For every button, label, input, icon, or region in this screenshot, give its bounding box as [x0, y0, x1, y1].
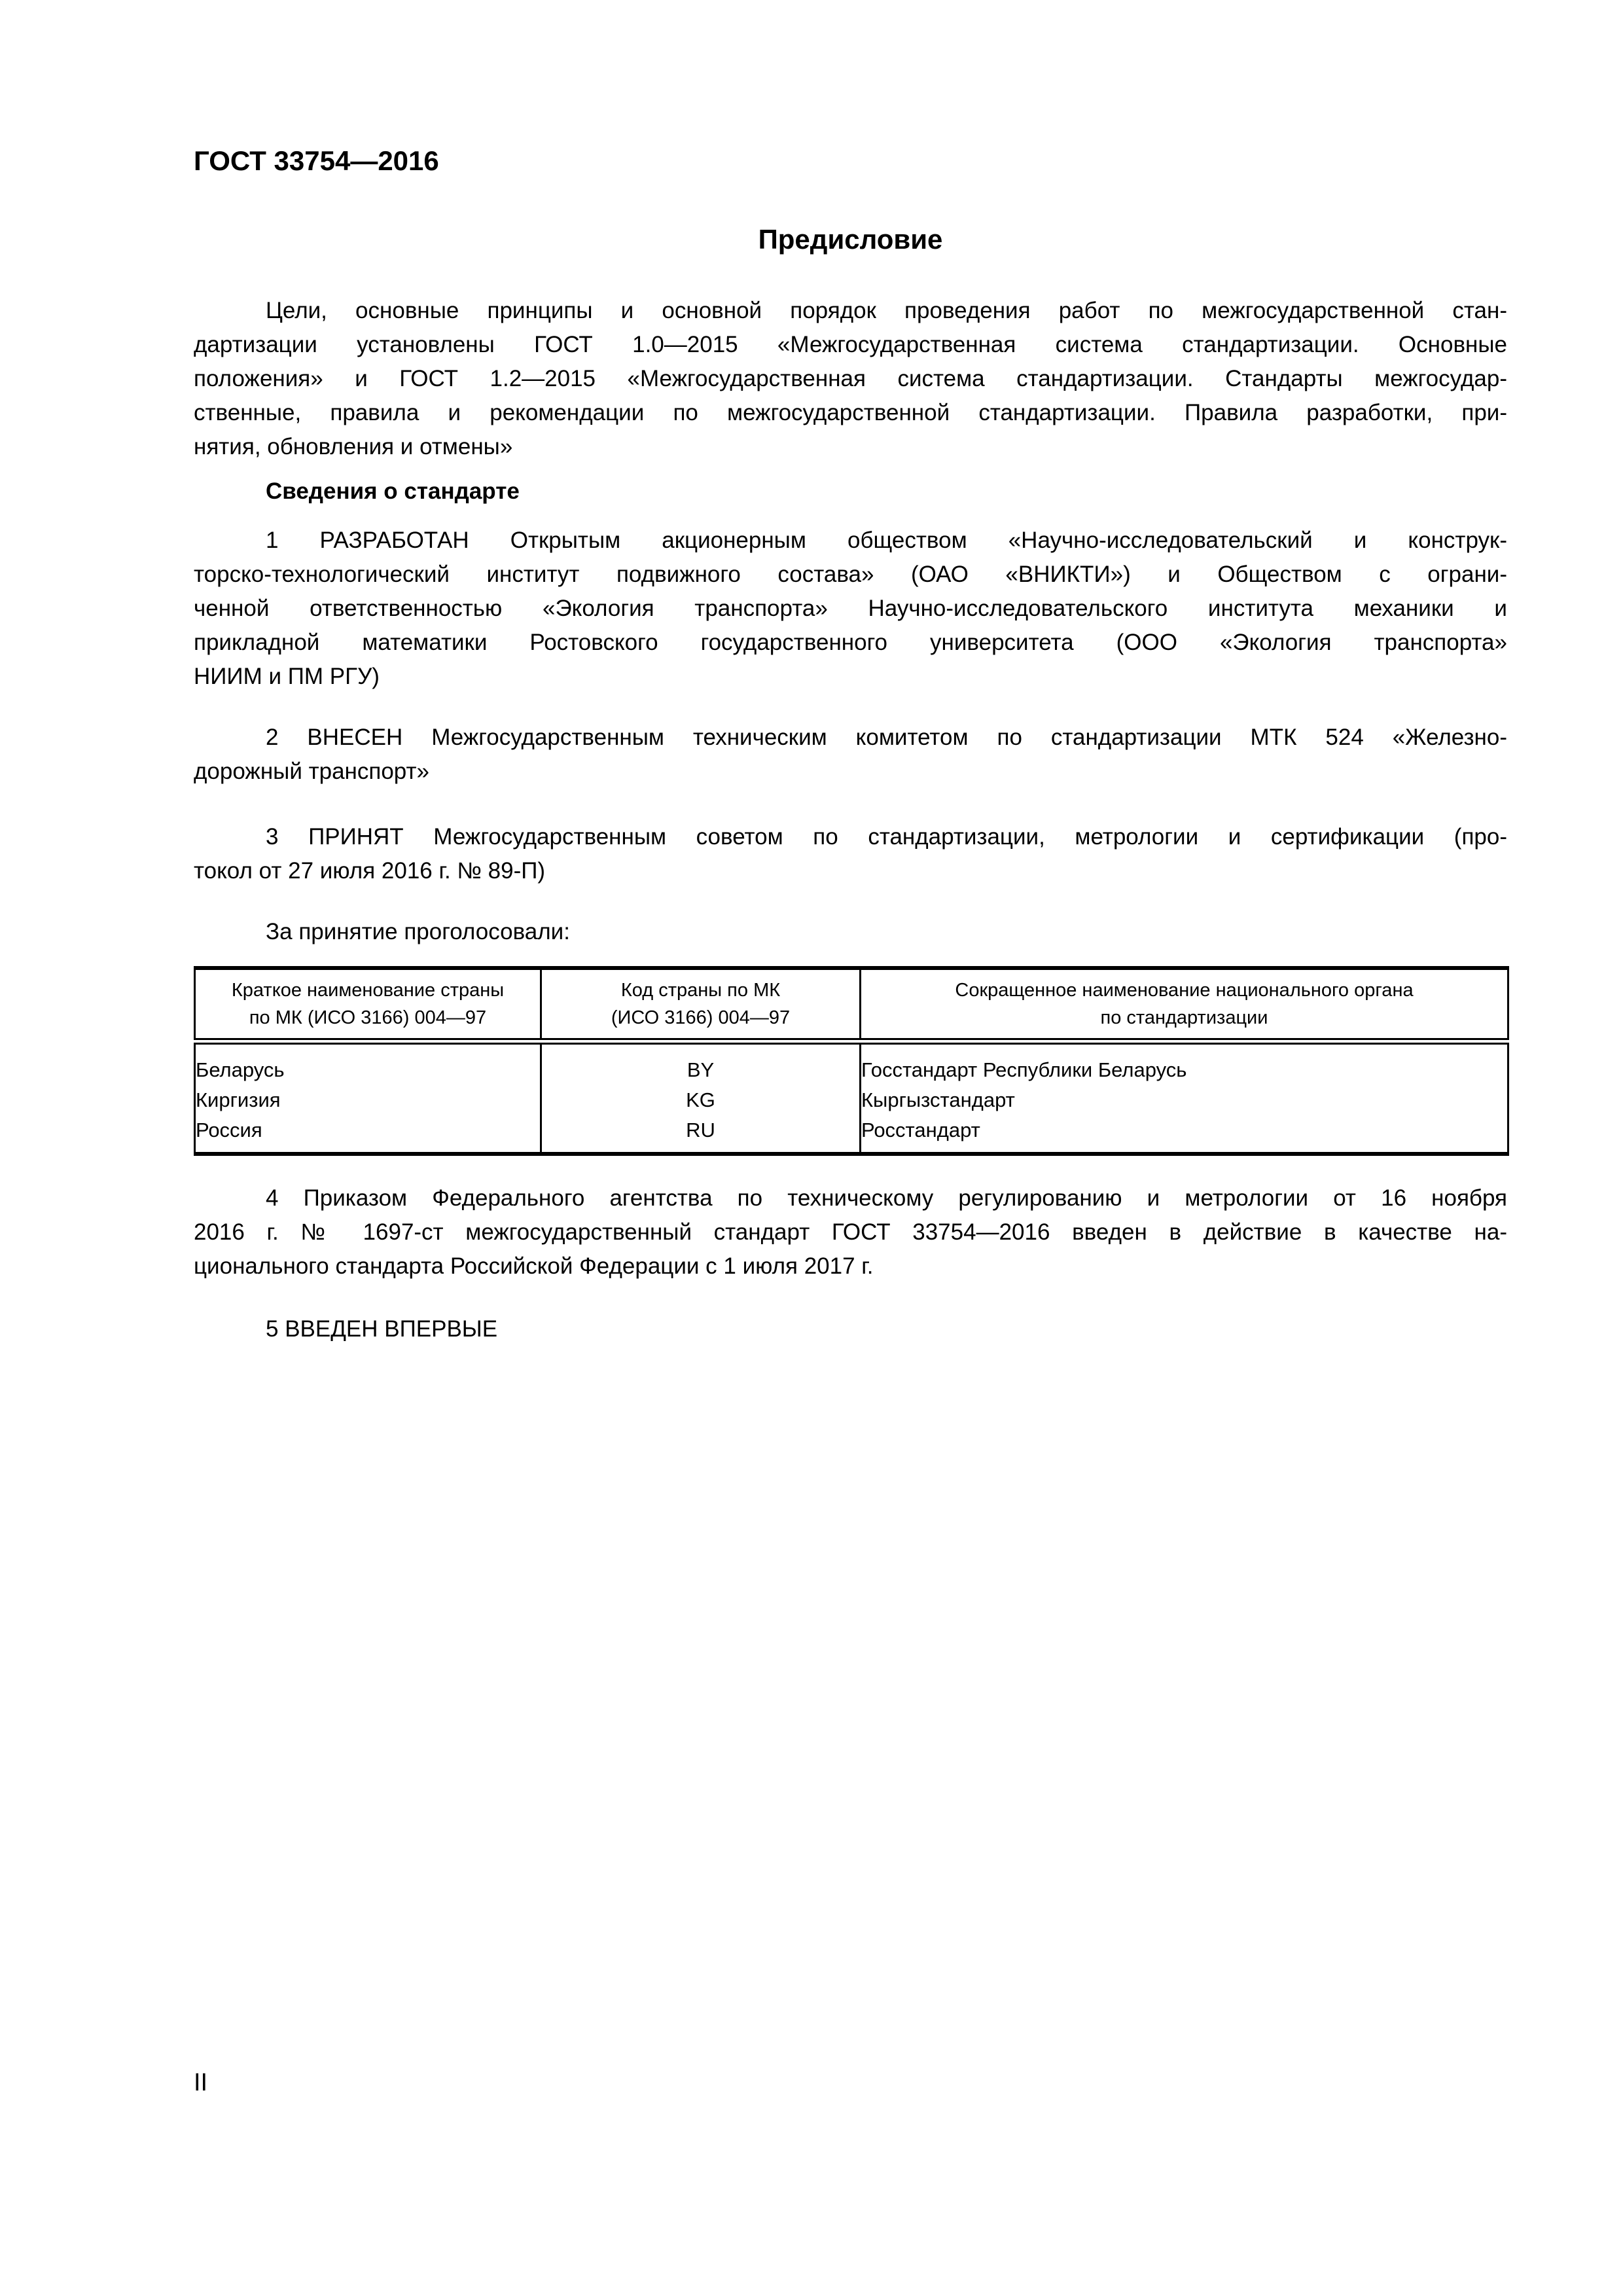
header-country-name: Краткое наименование страныпо МК (ИСО 31… [195, 968, 541, 1041]
header-country-code: Код страны по МК(ИСО 3166) 004—97 [541, 968, 861, 1041]
cell-code: KG [541, 1085, 861, 1115]
table-row: Беларусь BY Госстандарт Республики Белар… [195, 1041, 1508, 1085]
item-order-paragraph: 4 Приказом Федерального агентства по тех… [194, 1181, 1507, 1283]
standard-info-heading: Сведения о стандарте [194, 475, 1507, 509]
item-adopted-paragraph: 3 ПРИНЯТ Межгосударственным советом по с… [194, 820, 1507, 888]
cell-org: Госстандарт Республики Беларусь [861, 1041, 1508, 1085]
vote-intro-line: За принятие проголосовали: [194, 915, 1507, 949]
item-first-introduced-paragraph: 5 ВВЕДЕН ВПЕРВЫЕ [194, 1312, 1507, 1346]
cell-country: Киргизия [195, 1085, 541, 1115]
cell-org: Кыргызстандарт [861, 1085, 1508, 1115]
cell-country: Россия [195, 1115, 541, 1154]
intro-paragraph: Цели, основные принципы и основной поряд… [194, 294, 1507, 464]
page-number: II [194, 2067, 207, 2098]
cell-code: BY [541, 1041, 861, 1085]
header-national-body: Сокращенное наименование национального о… [861, 968, 1508, 1041]
cell-country: Беларусь [195, 1041, 541, 1085]
cell-code: RU [541, 1115, 861, 1154]
item-developed-paragraph: 1 РАЗРАБОТАН Открытым акционерным общест… [194, 524, 1507, 694]
item-submitted-paragraph: 2 ВНЕСЕН Межгосударственным техническим … [194, 721, 1507, 789]
table-row: Россия RU Росстандарт [195, 1115, 1508, 1154]
document-page: ГОСТ 33754—2016 Предисловие Цели, основн… [0, 0, 1623, 2296]
page-title: Предисловие [194, 223, 1507, 257]
table-row: Киргизия KG Кыргызстандарт [195, 1085, 1508, 1115]
doc-code: ГОСТ 33754—2016 [194, 145, 439, 177]
vote-table: Краткое наименование страныпо МК (ИСО 31… [194, 966, 1509, 1156]
vote-table-header-row: Краткое наименование страныпо МК (ИСО 31… [195, 968, 1508, 1041]
cell-org: Росстандарт [861, 1115, 1508, 1154]
